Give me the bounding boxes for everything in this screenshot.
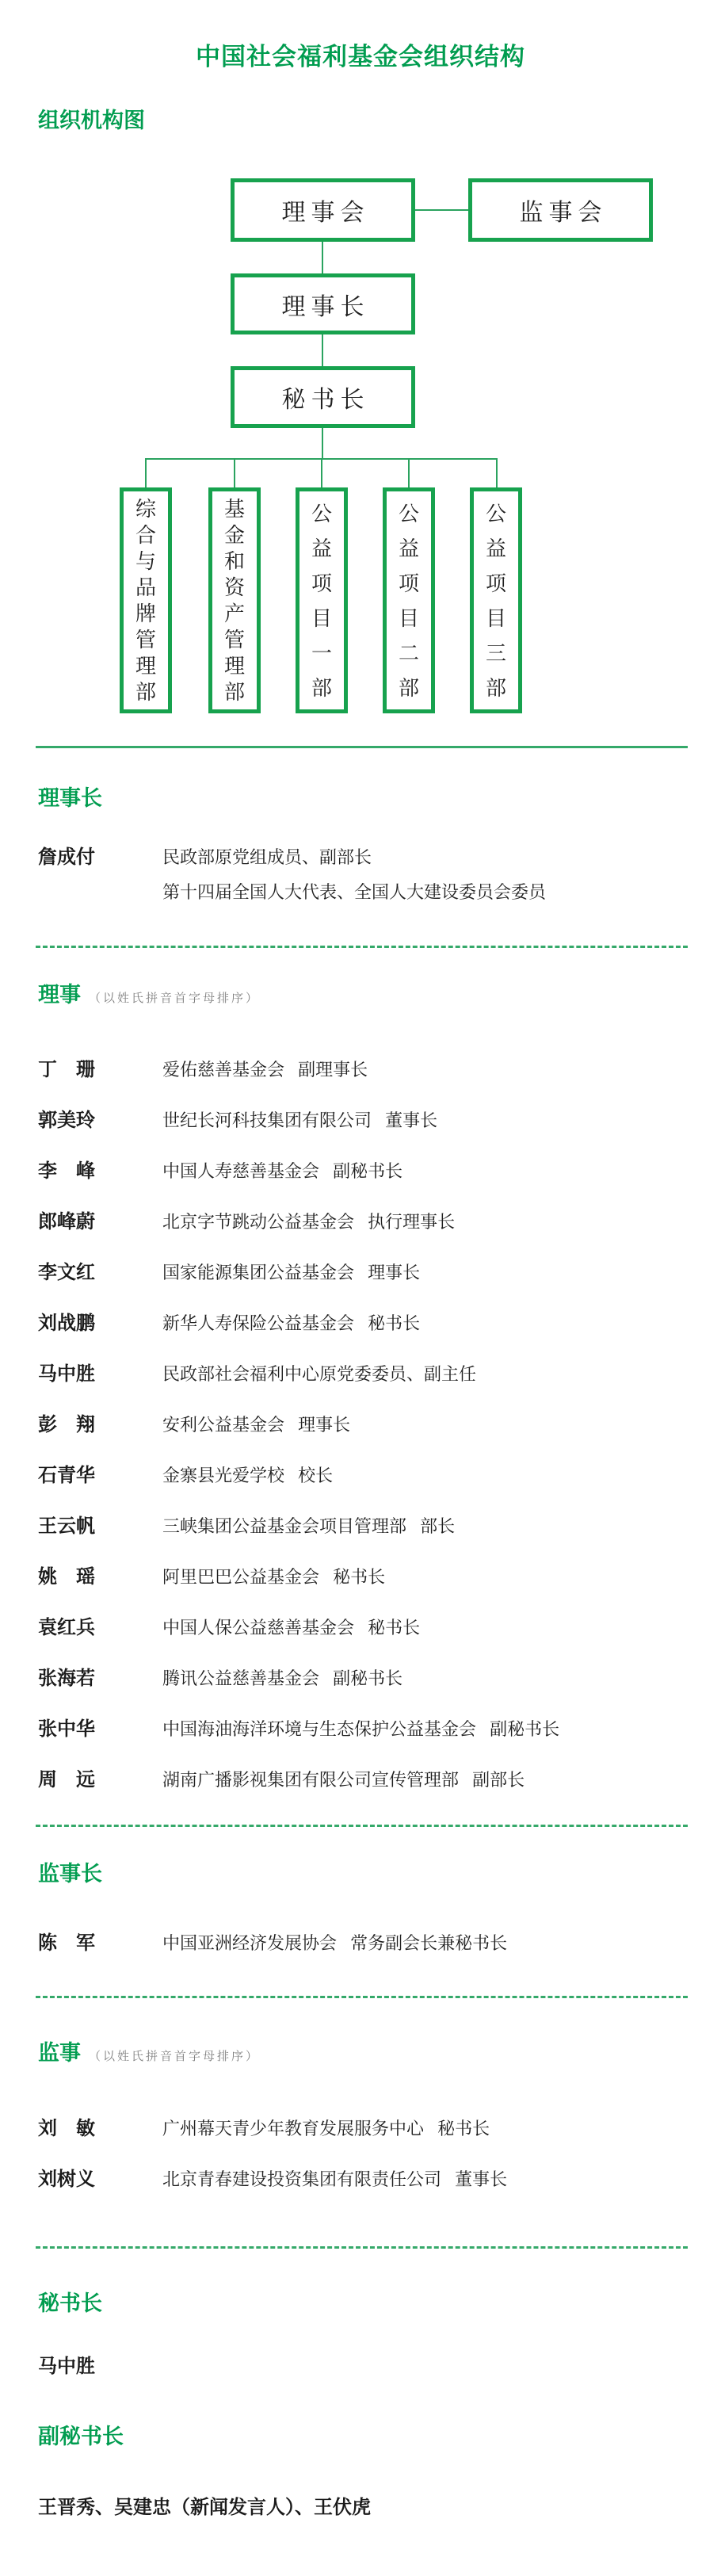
member-name: 詹成付: [38, 840, 162, 875]
directors-heading-label: 理事: [38, 983, 81, 1007]
supervisors-heading-label: 监事: [38, 2041, 81, 2065]
member-row: 丁 珊 爱佑慈善基金会 副理事长: [0, 1057, 721, 1083]
member-description-line: 民政部原党组成员、副部长: [162, 840, 721, 875]
org-dept-label: 综合与品牌管理部: [135, 496, 157, 705]
member-description: 新华人寿保险公益基金会 秘书长: [162, 1311, 721, 1336]
member-row: 张中华 中国海油海洋环境与生态保护公益基金会 副秘书长: [0, 1717, 721, 1742]
secretary-general-name: 马中胜: [0, 2355, 721, 2379]
section-divider-dashed: [36, 1996, 688, 1998]
member-row: 姚 瑶 阿里巴巴公益基金会 秘书长: [0, 1565, 721, 1590]
member-row: 刘树义 北京青春建设投资集团有限责任公司 董事长: [0, 2167, 721, 2192]
org-box-board: 理事会: [231, 178, 415, 242]
section-divider-dashed: [36, 2246, 688, 2249]
connector-chairman-secgen-line: [322, 334, 323, 366]
org-box-supervisory-board: 监事会: [468, 178, 653, 242]
org-box-secretary-general: 秘书长: [231, 366, 415, 428]
member-row: 郎峰蔚 北京字节跳动公益基金会 执行理事长: [0, 1210, 721, 1235]
directors-list: 丁 珊 爱佑慈善基金会 副理事长 郭美玲 世纪长河科技集团有限公司 董事长 李 …: [0, 1057, 721, 1793]
member-name: 姚 瑶: [38, 1565, 162, 1590]
connector-drop-line-2: [234, 458, 235, 487]
member-name: 王云帆: [38, 1514, 162, 1539]
member-name: 袁红兵: [38, 1615, 162, 1641]
member-name: 周 远: [38, 1768, 162, 1793]
chairman-section-heading: 理事长: [0, 785, 721, 812]
chief-supervisor-section-heading: 监事长: [0, 1860, 721, 1887]
member-row: 石青华 金寨县光爱学校 校长: [0, 1463, 721, 1489]
member-name: 彭 翔: [38, 1412, 162, 1438]
org-dept-box-fund-asset: 基金和资产管理部: [208, 487, 261, 713]
member-description: 中国亚洲经济发展协会 常务副会长兼秘书长: [162, 1931, 721, 1956]
org-dept-label: 公益项目二部: [398, 496, 420, 705]
member-row: 刘 敏 广州幕天青少年教育发展服务中心 秘书长: [0, 2116, 721, 2142]
member-name: 张中华: [38, 1717, 162, 1742]
member-description: 阿里巴巴公益基金会 秘书长: [162, 1565, 721, 1590]
member-description: 湖南广播影视集团有限公司宣传管理部 副部长: [162, 1768, 721, 1793]
connector-drop-line-1: [145, 458, 147, 487]
member-row: 彭 翔 安利公益基金会 理事长: [0, 1412, 721, 1438]
directors-section-heading: 理事（以姓氏拼音首字母排序）: [0, 981, 721, 1012]
member-name: 刘 敏: [38, 2116, 162, 2142]
section-divider-dashed: [36, 946, 688, 948]
member-row: 郭美玲 世纪长河科技集团有限公司 董事长: [0, 1108, 721, 1133]
member-name: 石青华: [38, 1463, 162, 1489]
member-row: 王云帆 三峡集团公益基金会项目管理部 部长: [0, 1514, 721, 1539]
org-dept-label: 基金和资产管理部: [223, 496, 246, 705]
member-name: 刘树义: [38, 2167, 162, 2192]
connector-secgen-trunk-line: [322, 428, 323, 458]
connector-board-chairman-line: [322, 242, 323, 273]
member-row: 詹成付 民政部原党组成员、副部长 第十四届全国人大代表、全国人大建设委员会委员: [0, 840, 721, 910]
member-name: 陈 军: [38, 1931, 162, 1956]
member-name: 张海若: [38, 1666, 162, 1691]
member-description: 金寨县光爱学校 校长: [162, 1463, 721, 1489]
member-description: 中国人寿慈善基金会 副秘书长: [162, 1159, 721, 1184]
org-dept-box-charity-project-1: 公益项目一部: [296, 487, 348, 713]
member-name: 李文红: [38, 1260, 162, 1286]
deputy-secretaries-section-heading: 副秘书长: [0, 2423, 721, 2450]
member-row: 李文红 国家能源集团公益基金会 理事长: [0, 1260, 721, 1286]
member-description: 中国人保公益慈善基金会 秘书长: [162, 1615, 721, 1641]
secretary-general-section-heading: 秘书长: [0, 2290, 721, 2317]
connector-drop-line-5: [496, 458, 498, 487]
org-dept-label: 公益项目一部: [311, 496, 333, 705]
section-divider: [36, 746, 688, 748]
member-name: 郭美玲: [38, 1108, 162, 1133]
member-description: 中国海油海洋环境与生态保护公益基金会 副秘书长: [162, 1717, 721, 1742]
section-divider-dashed: [36, 1825, 688, 1827]
member-name: 李 峰: [38, 1159, 162, 1184]
member-description: 广州幕天青少年教育发展服务中心 秘书长: [162, 2116, 721, 2142]
org-dept-box-general-brand: 综合与品牌管理部: [120, 487, 172, 713]
member-row: 周 远 湖南广播影视集团有限公司宣传管理部 副部长: [0, 1768, 721, 1793]
connector-board-supervisory-line: [415, 209, 468, 211]
member-name: 郎峰蔚: [38, 1210, 162, 1235]
member-description: 爱佑慈善基金会 副理事长: [162, 1057, 721, 1083]
member-description: 北京青春建设投资集团有限责任公司 董事长: [162, 2167, 721, 2192]
org-chart-section-heading: 组织机构图: [0, 107, 721, 134]
org-box-chairman: 理事长: [231, 273, 415, 334]
member-row: 刘战鹏 新华人寿保险公益基金会 秘书长: [0, 1311, 721, 1336]
member-description: 民政部原党组成员、副部长 第十四届全国人大代表、全国人大建设委员会委员: [162, 840, 721, 910]
member-row: 张海若 腾讯公益慈善基金会 副秘书长: [0, 1666, 721, 1691]
member-row: 马中胜 民政部社会福利中心原党委委员、副主任: [0, 1362, 721, 1387]
member-description: 民政部社会福利中心原党委委员、副主任: [162, 1362, 721, 1387]
page: { "page": { "title": "中国社会福利基金会组织结构", "a…: [0, 0, 721, 2576]
sort-note: （以姓氏拼音首字母排序）: [89, 992, 260, 1005]
member-description: 腾讯公益慈善基金会 副秘书长: [162, 1666, 721, 1691]
connector-drop-line-3: [321, 458, 322, 487]
sort-note: （以姓氏拼音首字母排序）: [89, 2050, 260, 2063]
member-description: 世纪长河科技集团有限公司 董事长: [162, 1108, 721, 1133]
supervisors-list: 刘 敏 广州幕天青少年教育发展服务中心 秘书长 刘树义 北京青春建设投资集团有限…: [0, 2116, 721, 2192]
member-row: 袁红兵 中国人保公益慈善基金会 秘书长: [0, 1615, 721, 1641]
member-description-line: 第十四届全国人大代表、全国人大建设委员会委员: [162, 875, 721, 910]
member-description: 北京字节跳动公益基金会 执行理事长: [162, 1210, 721, 1235]
member-description: 三峡集团公益基金会项目管理部 部长: [162, 1514, 721, 1539]
member-description: 安利公益基金会 理事长: [162, 1412, 721, 1438]
page-title: 中国社会福利基金会组织结构: [0, 0, 721, 72]
org-dept-box-charity-project-3: 公益项目三部: [470, 487, 522, 713]
member-name: 刘战鹏: [38, 1311, 162, 1336]
connector-drop-line-4: [408, 458, 410, 487]
member-description: 国家能源集团公益基金会 理事长: [162, 1260, 721, 1286]
org-dept-box-charity-project-2: 公益项目二部: [383, 487, 435, 713]
member-row: 陈 军 中国亚洲经济发展协会 常务副会长兼秘书长: [0, 1931, 721, 1956]
org-dept-label: 公益项目三部: [485, 496, 507, 705]
member-row: 李 峰 中国人寿慈善基金会 副秘书长: [0, 1159, 721, 1184]
member-name: 丁 珊: [38, 1057, 162, 1083]
supervisors-section-heading: 监事（以姓氏拼音首字母排序）: [0, 2039, 721, 2070]
member-name: 马中胜: [38, 1362, 162, 1387]
org-chart: 理事会 监事会 理事长 秘书长 综合与品牌管理部 基金和资产管理部 公益项目一部…: [0, 170, 721, 716]
deputy-secretaries-names: 王晋秀、吴建忠（新闻发言人）、王伏虎: [0, 2496, 721, 2520]
